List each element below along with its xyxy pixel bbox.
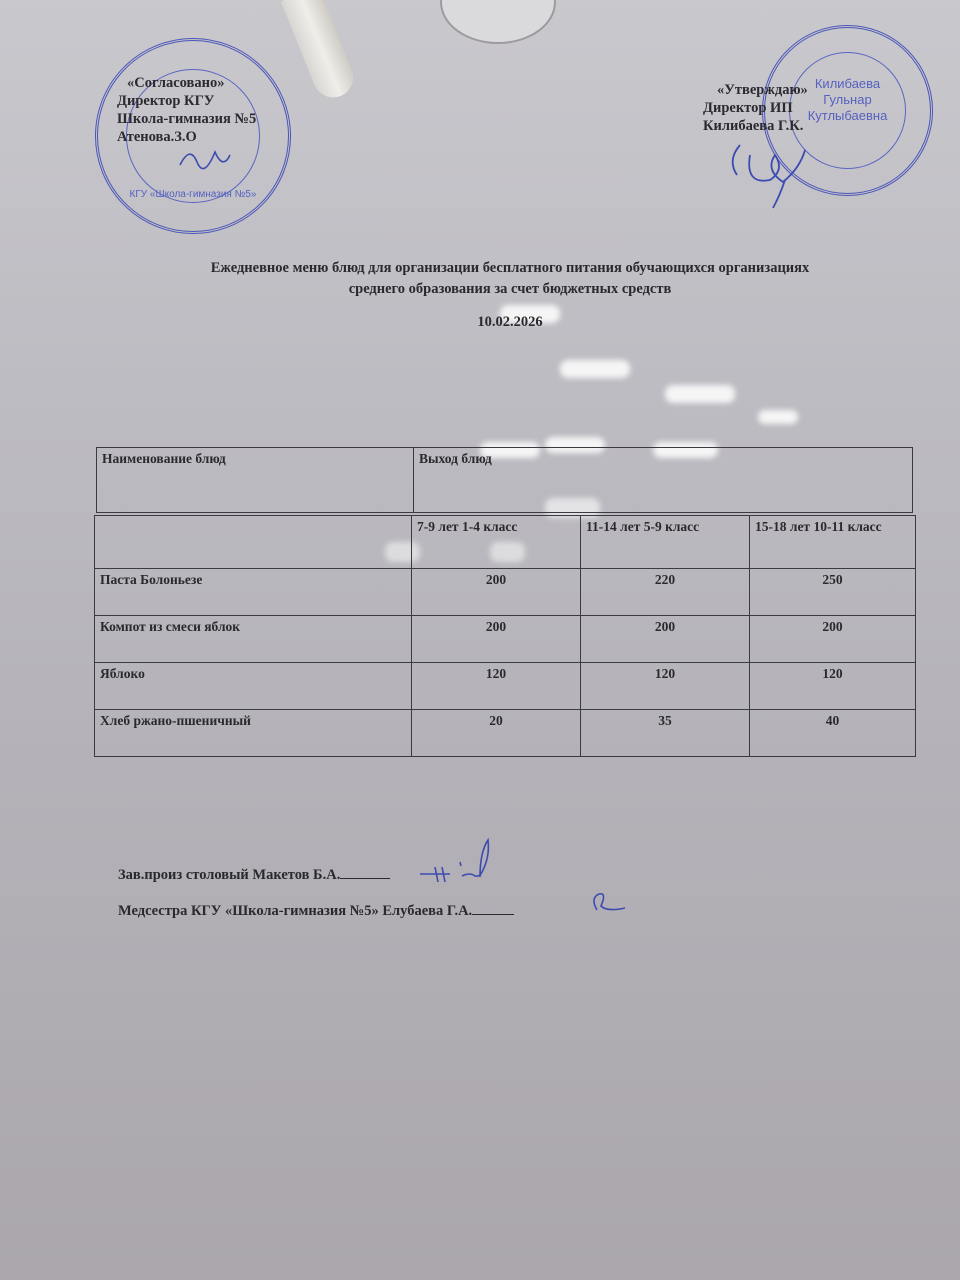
title-line: Ежедневное меню блюд для организации бес…	[110, 258, 910, 279]
portion-value: 35	[581, 710, 750, 757]
signature-chef	[410, 832, 500, 887]
light-glare	[560, 360, 630, 378]
signature-underline	[340, 878, 390, 879]
portion-value: 200	[581, 616, 750, 663]
document-date: 10.02.2026	[110, 314, 910, 331]
signature-underline	[472, 914, 514, 915]
table-row: Паста Болоньезе 200 220 250	[95, 569, 916, 616]
dish-name: Хлеб ржано-пшеничный	[95, 710, 412, 757]
plastic-hanger	[440, 0, 556, 44]
signature-line-chef: Зав.произ столовый Макетов Б.А.	[118, 867, 390, 884]
portion-value: 220	[581, 569, 750, 616]
portion-value: 250	[750, 569, 916, 616]
light-glare	[758, 410, 798, 424]
approval-heading: «Согласовано»	[117, 74, 256, 92]
portion-value: 200	[412, 616, 581, 663]
age-group-header: 15-18 лет 10-11 класс	[750, 516, 916, 569]
dish-name: Паста Болоньезе	[95, 569, 412, 616]
portion-value: 120	[750, 663, 916, 710]
portion-value: 20	[412, 710, 581, 757]
signature-right	[725, 140, 820, 210]
stamp-text: КГУ «Школа-гимназия №5»	[118, 189, 268, 200]
light-glare	[665, 385, 735, 403]
age-group-header: 7-9 лет 1-4 класс	[412, 516, 581, 569]
approval-position: Директор ИП	[703, 99, 808, 117]
portion-value: 120	[581, 663, 750, 710]
approval-block-approved: «Утверждаю» Директор ИП Килибаева Г.К.	[703, 81, 808, 135]
portion-value: 200	[412, 569, 581, 616]
menu-table: 7-9 лет 1-4 класс 11-14 лет 5-9 класс 15…	[94, 515, 916, 757]
title-line: среднего образования за счет бюджетных с…	[110, 279, 910, 300]
column-header-dish-name: Наименование блюд	[97, 448, 414, 513]
age-group-row: 7-9 лет 1-4 класс 11-14 лет 5-9 класс 15…	[95, 516, 916, 569]
signature-left	[175, 140, 235, 175]
document-title: Ежедневное меню блюд для организации бес…	[110, 258, 910, 300]
approval-block-agreed: «Согласовано» Директор КГУ Школа-гимнази…	[117, 74, 256, 146]
menu-table-header: Наименование блюд Выход блюд	[96, 447, 913, 513]
portion-value: 200	[750, 616, 916, 663]
signature-label: Зав.произ столовый Макетов Б.А.	[118, 867, 340, 883]
dish-name: Компот из смеси яблок	[95, 616, 412, 663]
table-row: Компот из смеси яблок 200 200 200	[95, 616, 916, 663]
approval-position: Директор КГУ	[117, 92, 256, 110]
table-row: Хлеб ржано-пшеничный 20 35 40	[95, 710, 916, 757]
portion-value: 120	[412, 663, 581, 710]
empty-cell	[95, 516, 412, 569]
approval-heading: «Утверждаю»	[703, 81, 808, 99]
approval-name: Килибаева Г.К.	[703, 117, 808, 135]
paper-clip	[281, 0, 359, 103]
table-row: Яблоко 120 120 120	[95, 663, 916, 710]
age-group-header: 11-14 лет 5-9 класс	[581, 516, 750, 569]
approval-organization: Школа-гимназия №5	[117, 110, 256, 128]
dish-name: Яблоко	[95, 663, 412, 710]
signature-nurse	[585, 890, 630, 920]
signature-label: Медсестра КГУ «Школа-гимназия №5» Елубае…	[118, 903, 472, 919]
signature-line-nurse: Медсестра КГУ «Школа-гимназия №5» Елубае…	[118, 903, 514, 920]
portion-value: 40	[750, 710, 916, 757]
column-header-output: Выход блюд	[414, 448, 913, 513]
